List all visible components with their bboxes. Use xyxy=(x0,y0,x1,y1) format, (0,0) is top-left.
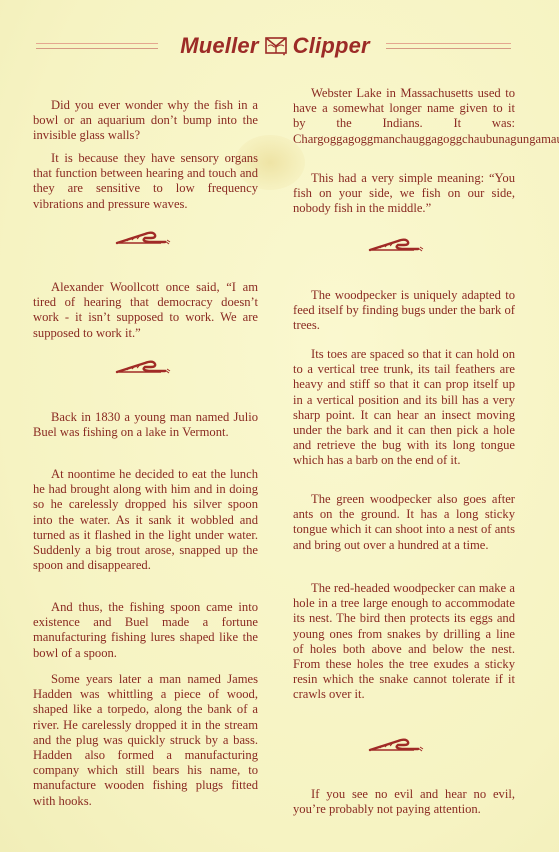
clip-separator-icon xyxy=(115,230,173,246)
newsletter-page: Mueller Clipper Did you ever wonder why … xyxy=(0,0,559,852)
paragraph-green-woodpecker: The green woodpecker also goes after ant… xyxy=(293,492,515,553)
paragraph-red-headed-woodpecker: The red-headed woodpecker can make a hol… xyxy=(293,581,515,703)
paragraph-fishing-spoon: And thus, the fishing spoon came into ex… xyxy=(33,600,258,661)
mueller-logo-icon xyxy=(265,36,287,56)
right-column: Webster Lake in Massachusetts used to ha… xyxy=(293,0,515,852)
paragraph-fish-answer: It is because they have sensory organs t… xyxy=(33,151,258,212)
paragraph-hadden: Some years later a man named James Hadde… xyxy=(33,672,258,809)
clip-separator-icon xyxy=(368,737,426,753)
paragraph-see-no-evil: If you see no evil and hear no evil, you… xyxy=(293,787,515,817)
paragraph-woodpecker-intro: The woodpecker is uniquely adapted to fe… xyxy=(293,288,515,334)
left-column: Did you ever wonder why the fish in a bo… xyxy=(33,0,258,852)
paragraph-woodpecker-toes: Its toes are spaced so that it can hold … xyxy=(293,347,515,469)
clip-separator-icon xyxy=(368,237,426,253)
paragraph-webster-lake: Webster Lake in Massachusetts used to ha… xyxy=(293,86,515,147)
paragraph-buel-spoon: At noontime he decided to eat the lunch … xyxy=(33,467,258,573)
paragraph-lake-meaning: This had a very simple meaning: “You fis… xyxy=(293,171,515,217)
paragraph-fish-question: Did you ever wonder why the fish in a bo… xyxy=(33,98,258,144)
paragraph-buel-intro: Back in 1830 a young man named Julio Bue… xyxy=(33,410,258,440)
paragraph-woollcott-quote: Alexander Woollcott once said, “I am tir… xyxy=(33,280,258,341)
clip-separator-icon xyxy=(115,359,173,375)
